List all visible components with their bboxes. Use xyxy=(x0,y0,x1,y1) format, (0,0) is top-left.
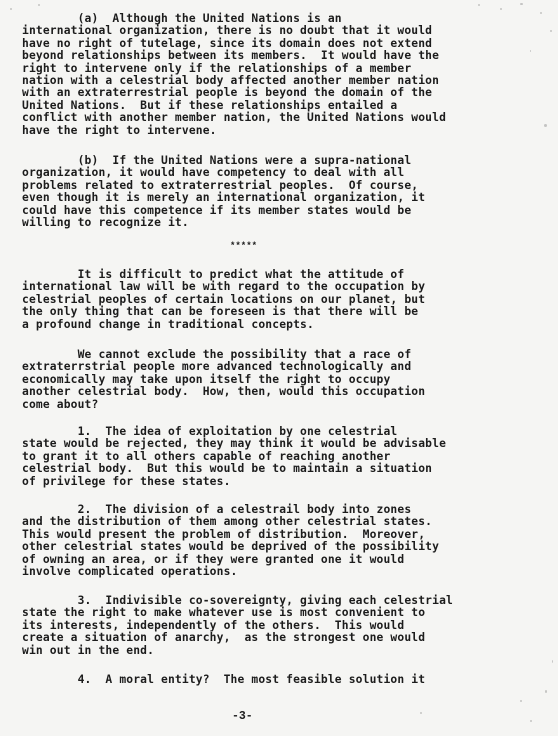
page-number: -3- xyxy=(232,710,253,723)
paragraph-b: (b) If the United Nations were a supra-n… xyxy=(22,155,542,229)
document-page: (a) Although the United Nations is an in… xyxy=(0,0,558,736)
scan-speckle xyxy=(544,124,547,127)
scan-speckle xyxy=(545,690,547,693)
scan-speckle xyxy=(478,4,480,6)
paragraph-item-3: 3. Indivisible co-sovereignty, giving ea… xyxy=(22,595,542,657)
section-separator: ***** xyxy=(230,241,257,251)
scan-speckle xyxy=(500,8,502,10)
paragraph-cannot-exclude: We cannot exclude the possibility that a… xyxy=(22,349,542,411)
scan-speckle xyxy=(10,8,12,10)
scan-speckle xyxy=(552,660,553,663)
paragraph-a: (a) Although the United Nations is an in… xyxy=(22,13,542,137)
scan-speckle xyxy=(550,30,552,32)
scan-speckle xyxy=(520,700,522,702)
paragraph-item-2: 2. The division of a celestrail body int… xyxy=(22,504,542,578)
paragraph-difficult-to-predict: It is difficult to predict what the atti… xyxy=(22,269,542,331)
scan-speckle xyxy=(38,4,40,6)
scan-speckle xyxy=(420,712,422,714)
scan-speckle xyxy=(530,720,532,722)
paragraph-item-4: 4. A moral entity? The most feasible sol… xyxy=(22,674,542,686)
paragraph-item-1: 1. The idea of exploitation by one celes… xyxy=(22,426,542,488)
scan-speckle xyxy=(520,3,523,5)
